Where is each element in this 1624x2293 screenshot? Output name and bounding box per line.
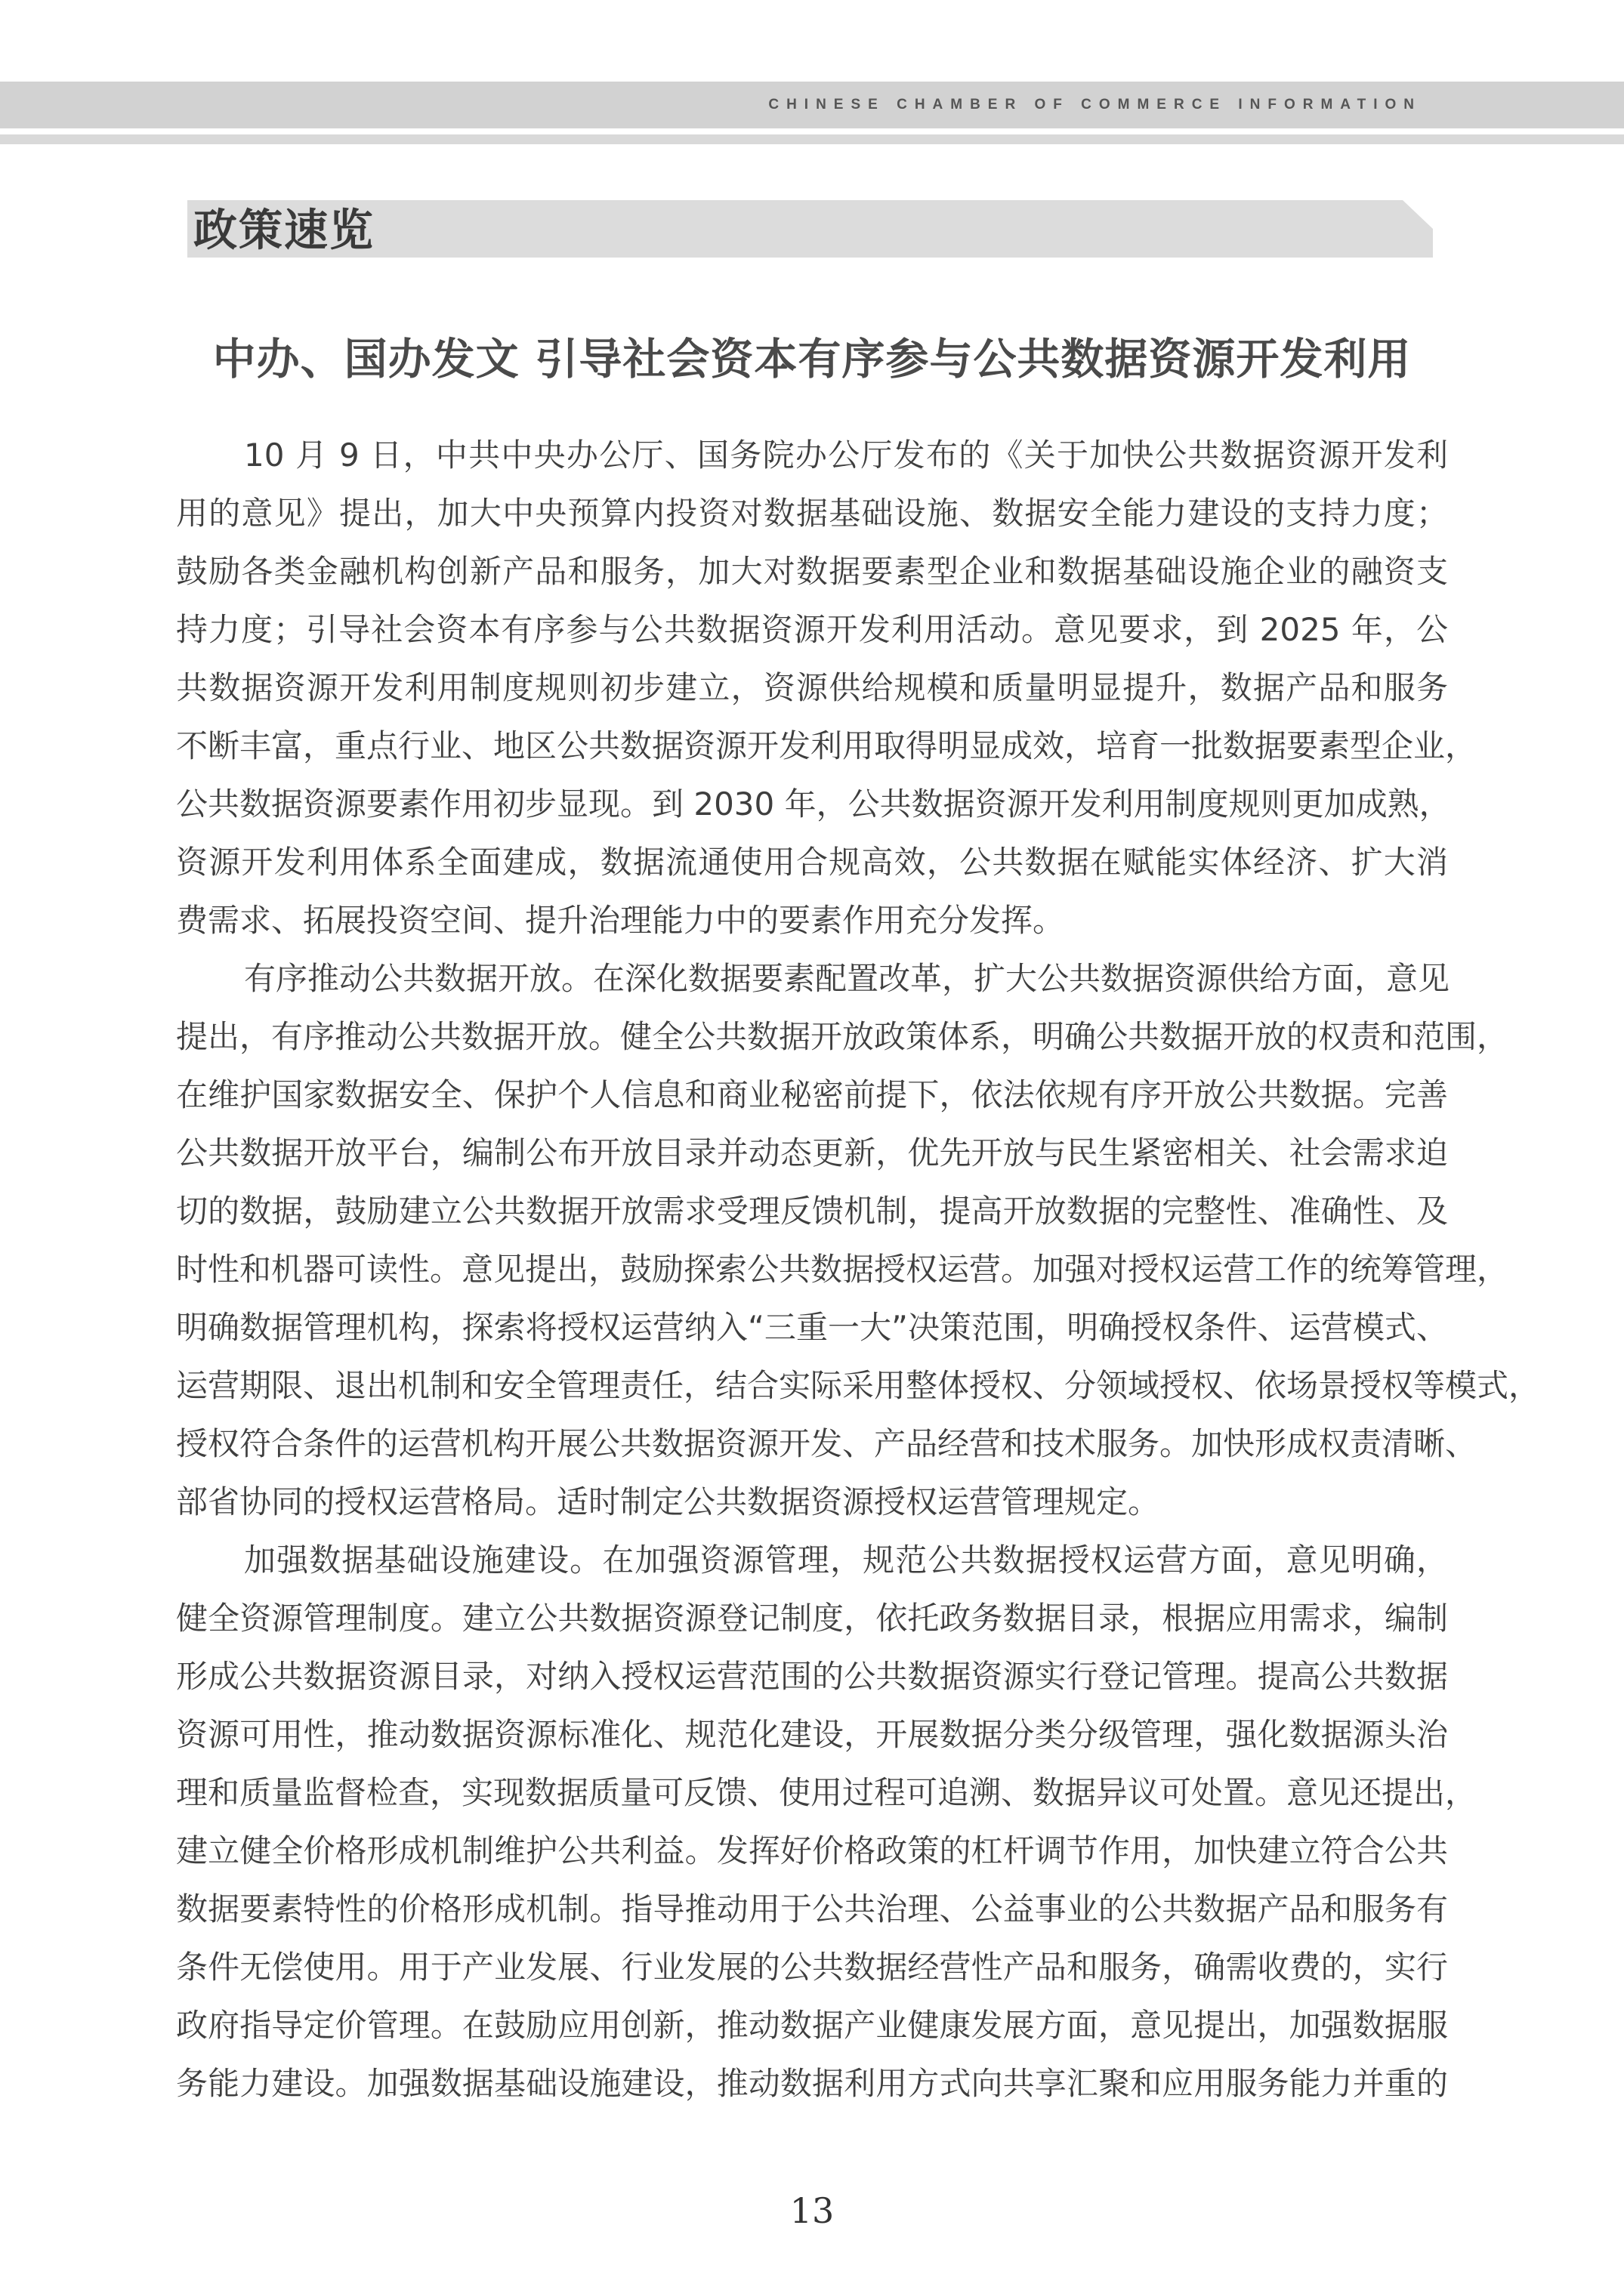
paragraph-2-line: 公共数据开放平台，编制公布开放目录并动态更新，优先开放与民生紧密相关、社会需求迫 [176,1124,1448,1182]
paragraph-1-line: 不断丰富，重点行业、地区公共数据资源开发利用取得明显成效，培育一批数据要素型企业… [176,717,1448,775]
paragraph-1-line: 鼓励各类金融机构创新产品和服务，加大对数据要素型企业和数据基础设施企业的融资支 [176,542,1448,600]
paragraph-2-line: 授权符合条件的运营机构开展公共数据资源开发、产品经营和技术服务。加快形成权责清晰… [176,1415,1448,1473]
paragraph-2-line: 提出，有序推动公共数据开放。健全公共数据开放政策体系，明确公共数据开放的权责和范… [176,1008,1448,1066]
section-banner-label: 政策速览 [193,195,375,258]
paragraph-1-line: 用的意见》提出，加大中央预算内投资对数据基础设施、数据安全能力建设的支持力度； [176,484,1448,542]
header-divider-bar [0,134,1624,144]
document-page: CHINESE CHAMBER OF COMMERCE INFORMATION … [0,0,1624,2293]
paragraph-1-line: 公共数据资源要素作用初步显现。到 2030 年，公共数据资源开发利用制度规则更加… [176,775,1448,833]
paragraph-3-line: 建立健全价格形成机制维护公共利益。发挥好价格政策的杠杆调节作用，加快建立符合公共 [176,1822,1448,1880]
paragraph-3-line: 形成公共数据资源目录，对纳入授权运营范围的公共数据资源实行登记管理。提高公共数据 [176,1647,1448,1705]
paragraph-3-line: 健全资源管理制度。建立公共数据资源登记制度，依托政务数据目录，根据应用需求，编制 [176,1589,1448,1647]
paragraph-3-line: 数据要素特性的价格形成机制。指导推动用于公共治理、公益事业的公共数据产品和服务有 [176,1880,1448,1938]
paragraph-1-line: 费需求、拓展投资空间、提升治理能力中的要素作用充分发挥。 [176,891,1448,949]
header-bar-title: CHINESE CHAMBER OF COMMERCE INFORMATION [768,97,1422,113]
paragraph-3-line: 理和质量监督检查，实现数据质量可反馈、使用过程可追溯、数据异议可处置。意见还提出… [176,1764,1448,1822]
paragraph-1-line: 10 月 9 日，中共中央办公厅、国务院办公厅发布的《关于加快公共数据资源开发利 [176,426,1448,484]
paragraph-3-line: 务能力建设。加强数据基础设施建设，推动数据利用方式向共享汇聚和应用服务能力并重的 [176,2054,1448,2112]
paragraph-3-line: 政府指导定价管理。在鼓励应用创新，推动数据产业健康发展方面，意见提出，加强数据服 [176,1996,1448,2054]
paragraph-2-line: 切的数据，鼓励建立公共数据开放需求受理反馈机制，提高开放数据的完整性、准确性、及 [176,1182,1448,1240]
paragraph-2-line: 有序推动公共数据开放。在深化数据要素配置改革，扩大公共数据资源供给方面，意见 [176,949,1448,1008]
paragraph-2-line: 在维护国家数据安全、保护个人信息和商业秘密前提下，依法依规有序开放公共数据。完善 [176,1066,1448,1124]
article-body: 10 月 9 日，中共中央办公厅、国务院办公厅发布的《关于加快公共数据资源开发利… [176,426,1448,2112]
paragraph-2-line: 时性和机器可读性。意见提出，鼓励探索公共数据授权运营。加强对授权运营工作的统筹管… [176,1240,1448,1298]
paragraph-1-line: 资源开发利用体系全面建成，数据流通使用合规高效，公共数据在赋能实体经济、扩大消 [176,833,1448,891]
paragraph-3-line: 资源可用性，推动数据资源标准化、规范化建设，开展数据分类分级管理，强化数据源头治 [176,1705,1448,1764]
paragraph-2-line: 部省协同的授权运营格局。适时制定公共数据资源授权运营管理规定。 [176,1473,1448,1531]
paragraph-1-line: 共数据资源开发利用制度规则初步建立，资源供给规模和质量明显提升，数据产品和服务 [176,659,1448,717]
article-title: 中办、国办发文 引导社会资本有序参与公共数据资源开发利用 [0,325,1624,387]
paragraph-3-line: 加强数据基础设施建设。在加强资源管理，规范公共数据授权运营方面，意见明确， [176,1531,1448,1589]
page-number: 13 [0,2190,1624,2231]
paragraph-3-line: 条件无偿使用。用于产业发展、行业发展的公共数据经营性产品和服务，确需收费的，实行 [176,1938,1448,1996]
paragraph-1-line: 持力度；引导社会资本有序参与公共数据资源开发利用活动。意见要求，到 2025 年… [176,600,1448,659]
paragraph-2-line: 明确数据管理机构，探索将授权运营纳入“三重一大”决策范围，明确授权条件、运营模式… [176,1298,1448,1356]
paragraph-2-line: 运营期限、退出机制和安全管理责任，结合实际采用整体授权、分领域授权、依场景授权等… [176,1356,1448,1415]
section-banner: 政策速览 [187,200,1433,258]
header-bar: CHINESE CHAMBER OF COMMERCE INFORMATION [0,82,1624,128]
